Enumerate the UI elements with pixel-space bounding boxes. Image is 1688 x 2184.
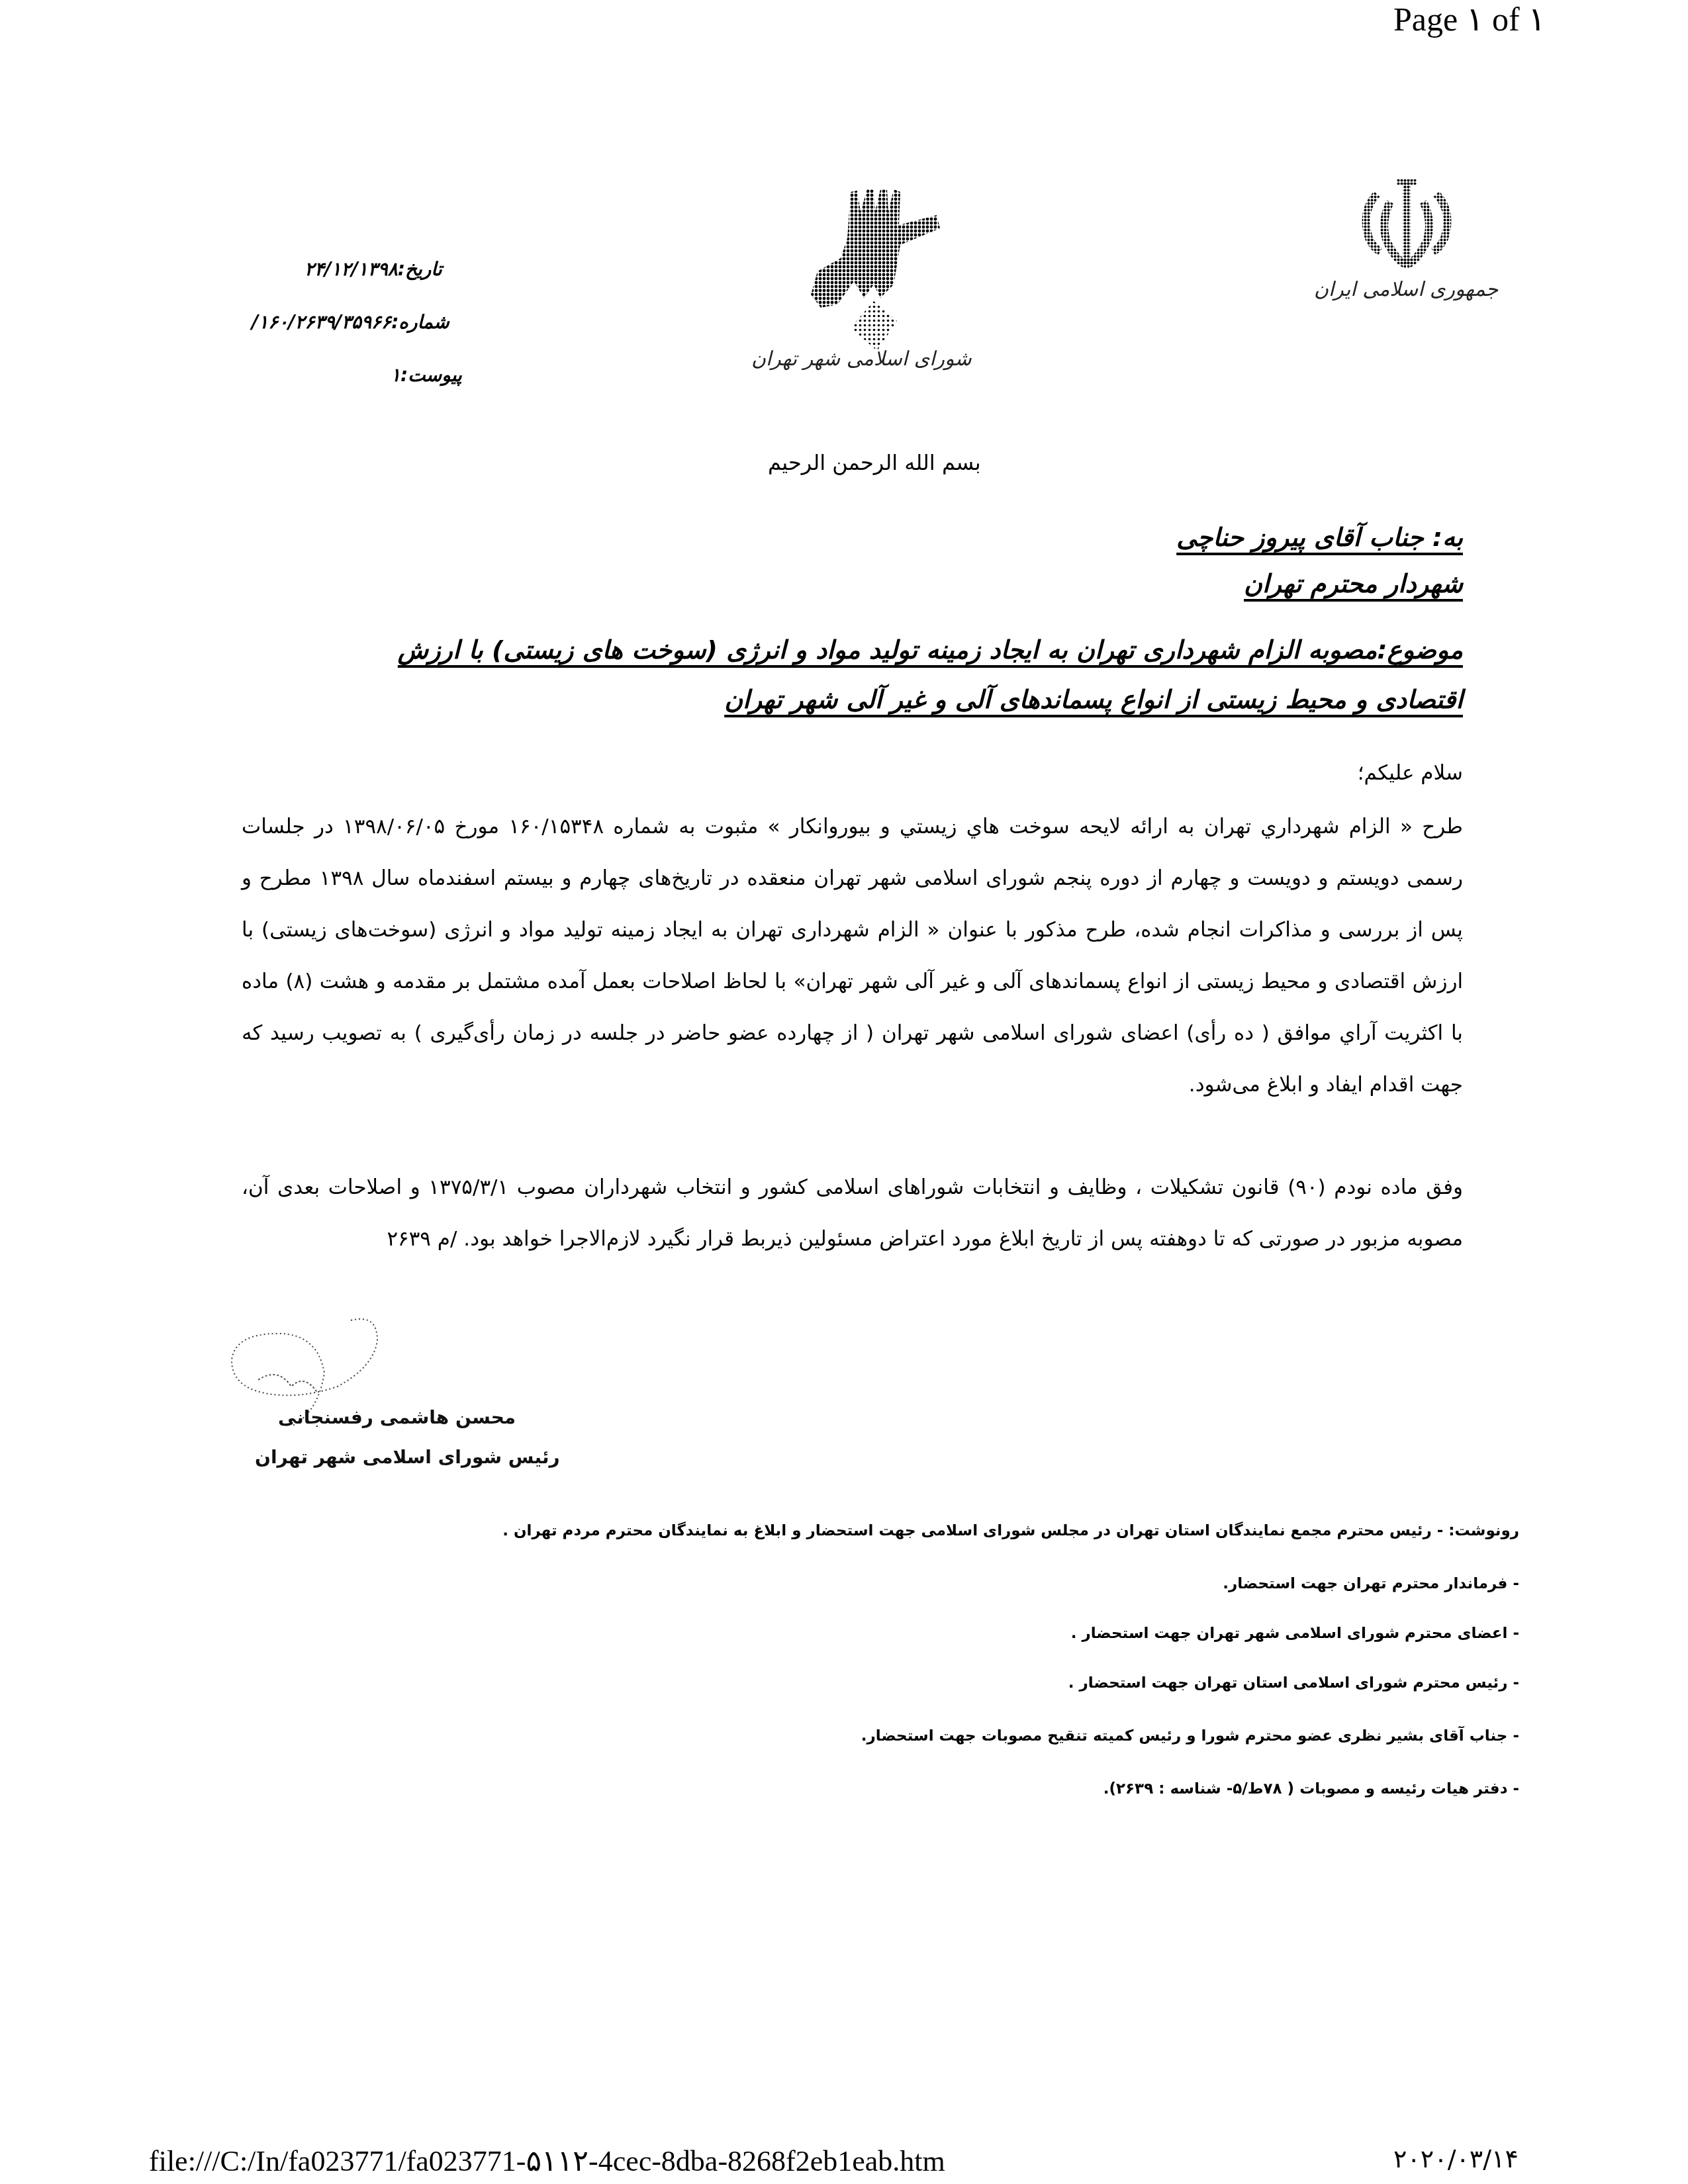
- body-paragraph: وفق ماده نودم (۹۰) قانون تشکیلات ، وظایف…: [242, 1161, 1463, 1265]
- recipient-title: شهردار محترم تهران: [1244, 569, 1463, 598]
- page-number-header: Page ۱ of ۱: [1393, 0, 1546, 38]
- cc-item: - فرماندار محترم تهران جهت استحضار.: [1223, 1575, 1519, 1592]
- council-logo-caption: شورای اسلامی شهر تهران: [751, 347, 972, 371]
- subject-line-1: موضوع:مصوبه الزام شهرداری تهران به ایجاد…: [398, 635, 1463, 664]
- signer-title: رئیس شورای اسلامی شهر تهران: [255, 1446, 560, 1468]
- footer-file-path: file:///C:/In/fa023771/fa023771-۵۱۱۲-4ce…: [149, 2144, 945, 2178]
- cc-item: - اعضای محترم شورای اسلامی شهر تهران جهت…: [1071, 1625, 1519, 1642]
- cc-item: - دفتر هیات رئیسه و مصوبات ( ۷۸ط/۵- شناس…: [1103, 1780, 1519, 1797]
- letter-number: شماره:۱۶۰/۲۶۳۹/۳۵۹۶۶/: [252, 311, 449, 333]
- signer-name: محسن هاشمی رفسنجانی: [278, 1406, 516, 1428]
- letter-date: تاریخ:۲۴/۱۲/۱۳۹۸: [305, 258, 442, 280]
- cc-item: - جناب آقای بشیر نظری عضو محترم شورا و ر…: [861, 1727, 1519, 1745]
- greeting: سلام علیکم؛: [1358, 761, 1463, 785]
- basmala: بسم الله الرحمن الرحیم: [768, 450, 981, 475]
- cc-item: - رئیس محترم شورای اسلامی استان تهران جه…: [1068, 1674, 1519, 1692]
- emblem-caption: جمهوری اسلامی ایران: [1314, 278, 1498, 301]
- subject-line-2: اقتصادی و محیط زیستی از انواع پسماندهای …: [724, 685, 1463, 714]
- cc-item: رونوشت: - رئیس محترم مجمع نمایندگان استا…: [502, 1522, 1519, 1539]
- recipient-name: به: جناب آقای پیروز حناچی: [1176, 523, 1463, 552]
- footer-print-date: ۲۰۲۰/۰۳/۱۴: [1393, 2144, 1519, 2173]
- letter-attachment: پیوست:۱: [391, 364, 462, 386]
- body-paragraph: طرح « الزام شهرداري تهران به ارائه لایحه…: [242, 801, 1463, 1111]
